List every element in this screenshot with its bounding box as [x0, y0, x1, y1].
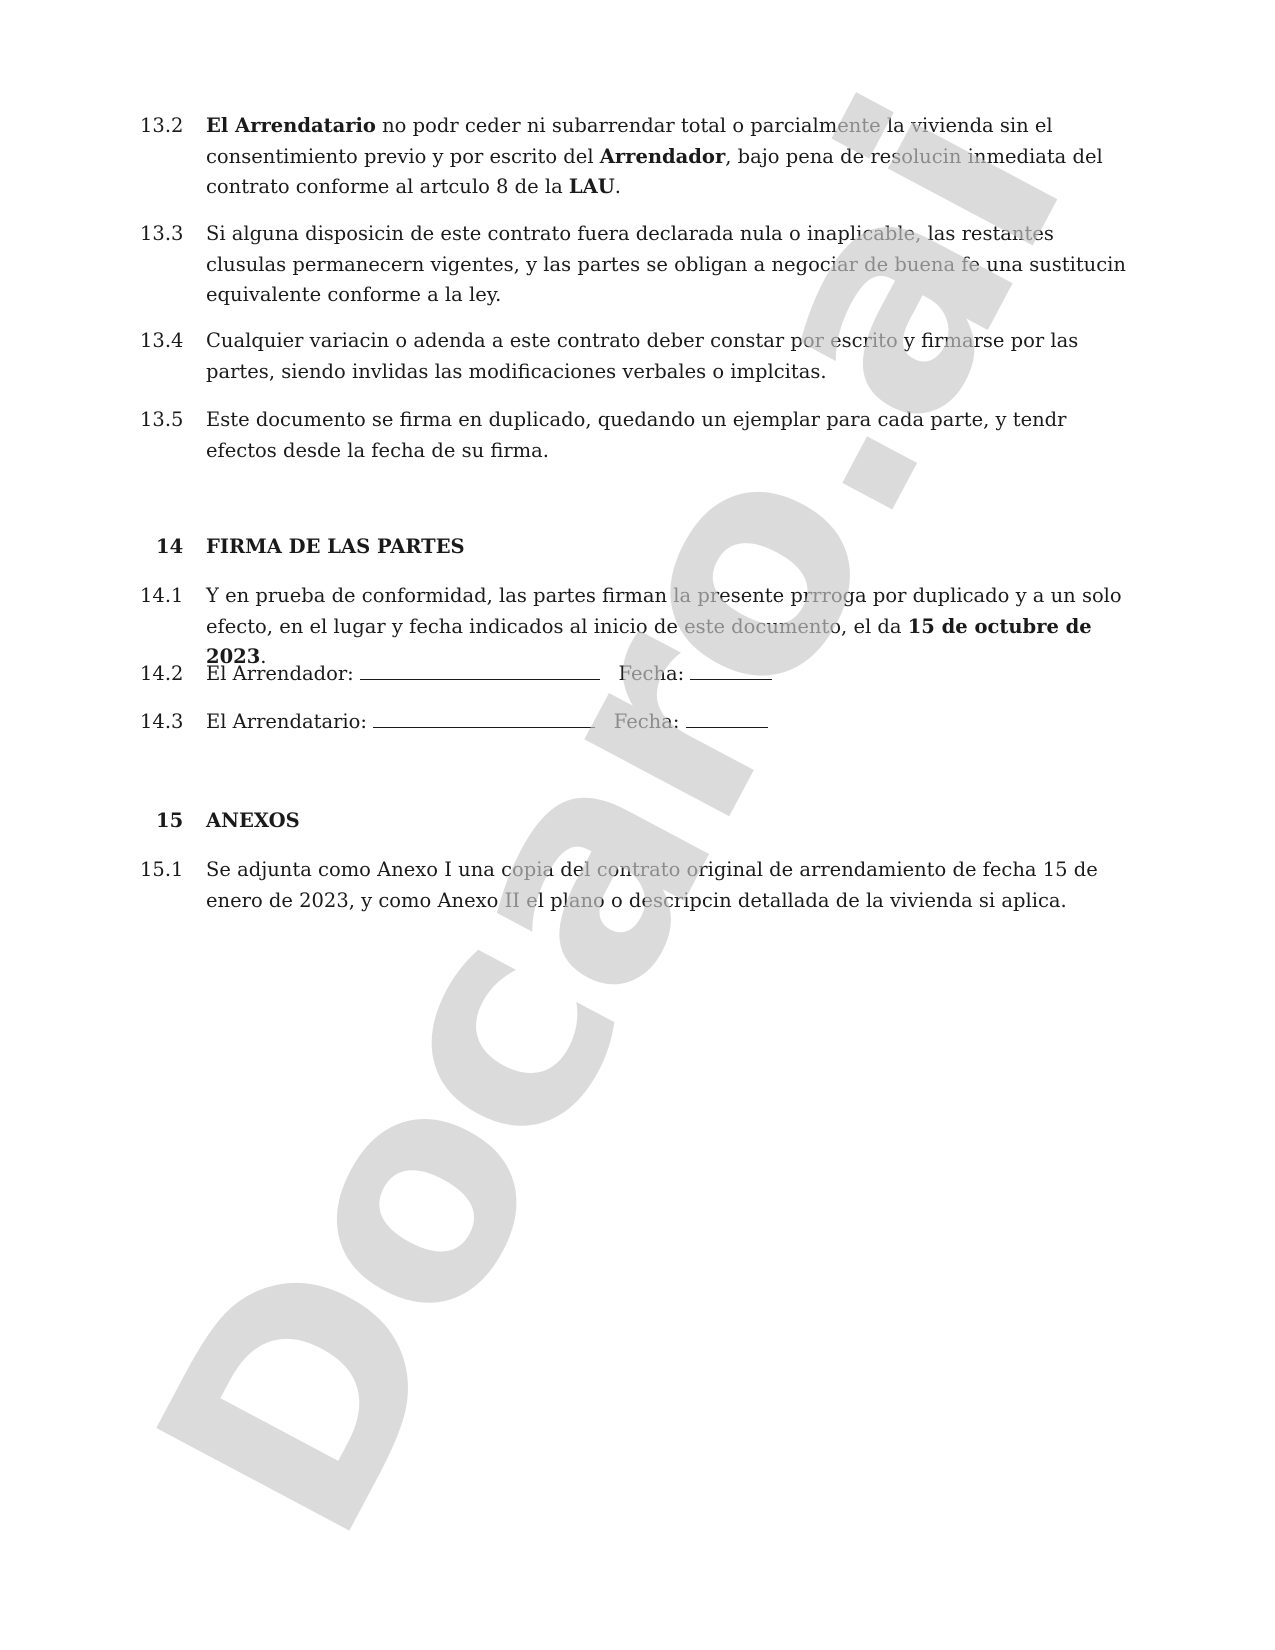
clause-number: 13.3 — [140, 219, 200, 250]
signature-line-tenant: El Arrendatario: Fecha: — [206, 707, 1126, 738]
clause-text: Se adjunta como Anexo I una copia del co… — [206, 855, 1126, 916]
clause-text: Cualquier variacin o adenda a este contr… — [206, 326, 1126, 387]
clause-number: 14.3 — [140, 707, 200, 738]
document-page: 13.2 El Arrendatario no podr ceder ni su… — [0, 0, 1275, 1650]
clause-number: 14.2 — [140, 659, 200, 690]
clause-number: 13.5 — [140, 405, 200, 436]
section-title: ANEXOS — [206, 806, 1126, 837]
section-title: FIRMA DE LAS PARTES — [206, 532, 1126, 563]
clause-number: 14.1 — [140, 581, 200, 612]
clause-text: Si alguna disposicin de este contrato fu… — [206, 219, 1126, 311]
clause-text: El Arrendatario no podr ceder ni subarre… — [206, 111, 1126, 203]
clause-number: 15.1 — [140, 855, 200, 886]
clause-text: Este documento se firma en duplicado, qu… — [206, 405, 1126, 466]
landlord-date-blank[interactable] — [690, 661, 772, 680]
landlord-signature-blank[interactable] — [360, 661, 600, 680]
signature-line-landlord: El Arrendador: Fecha: — [206, 659, 1126, 690]
clause-number: 13.2 — [140, 111, 200, 142]
tenant-date-blank[interactable] — [686, 709, 768, 728]
tenant-signature-blank[interactable] — [373, 709, 595, 728]
clause-number: 13.4 — [140, 326, 200, 357]
